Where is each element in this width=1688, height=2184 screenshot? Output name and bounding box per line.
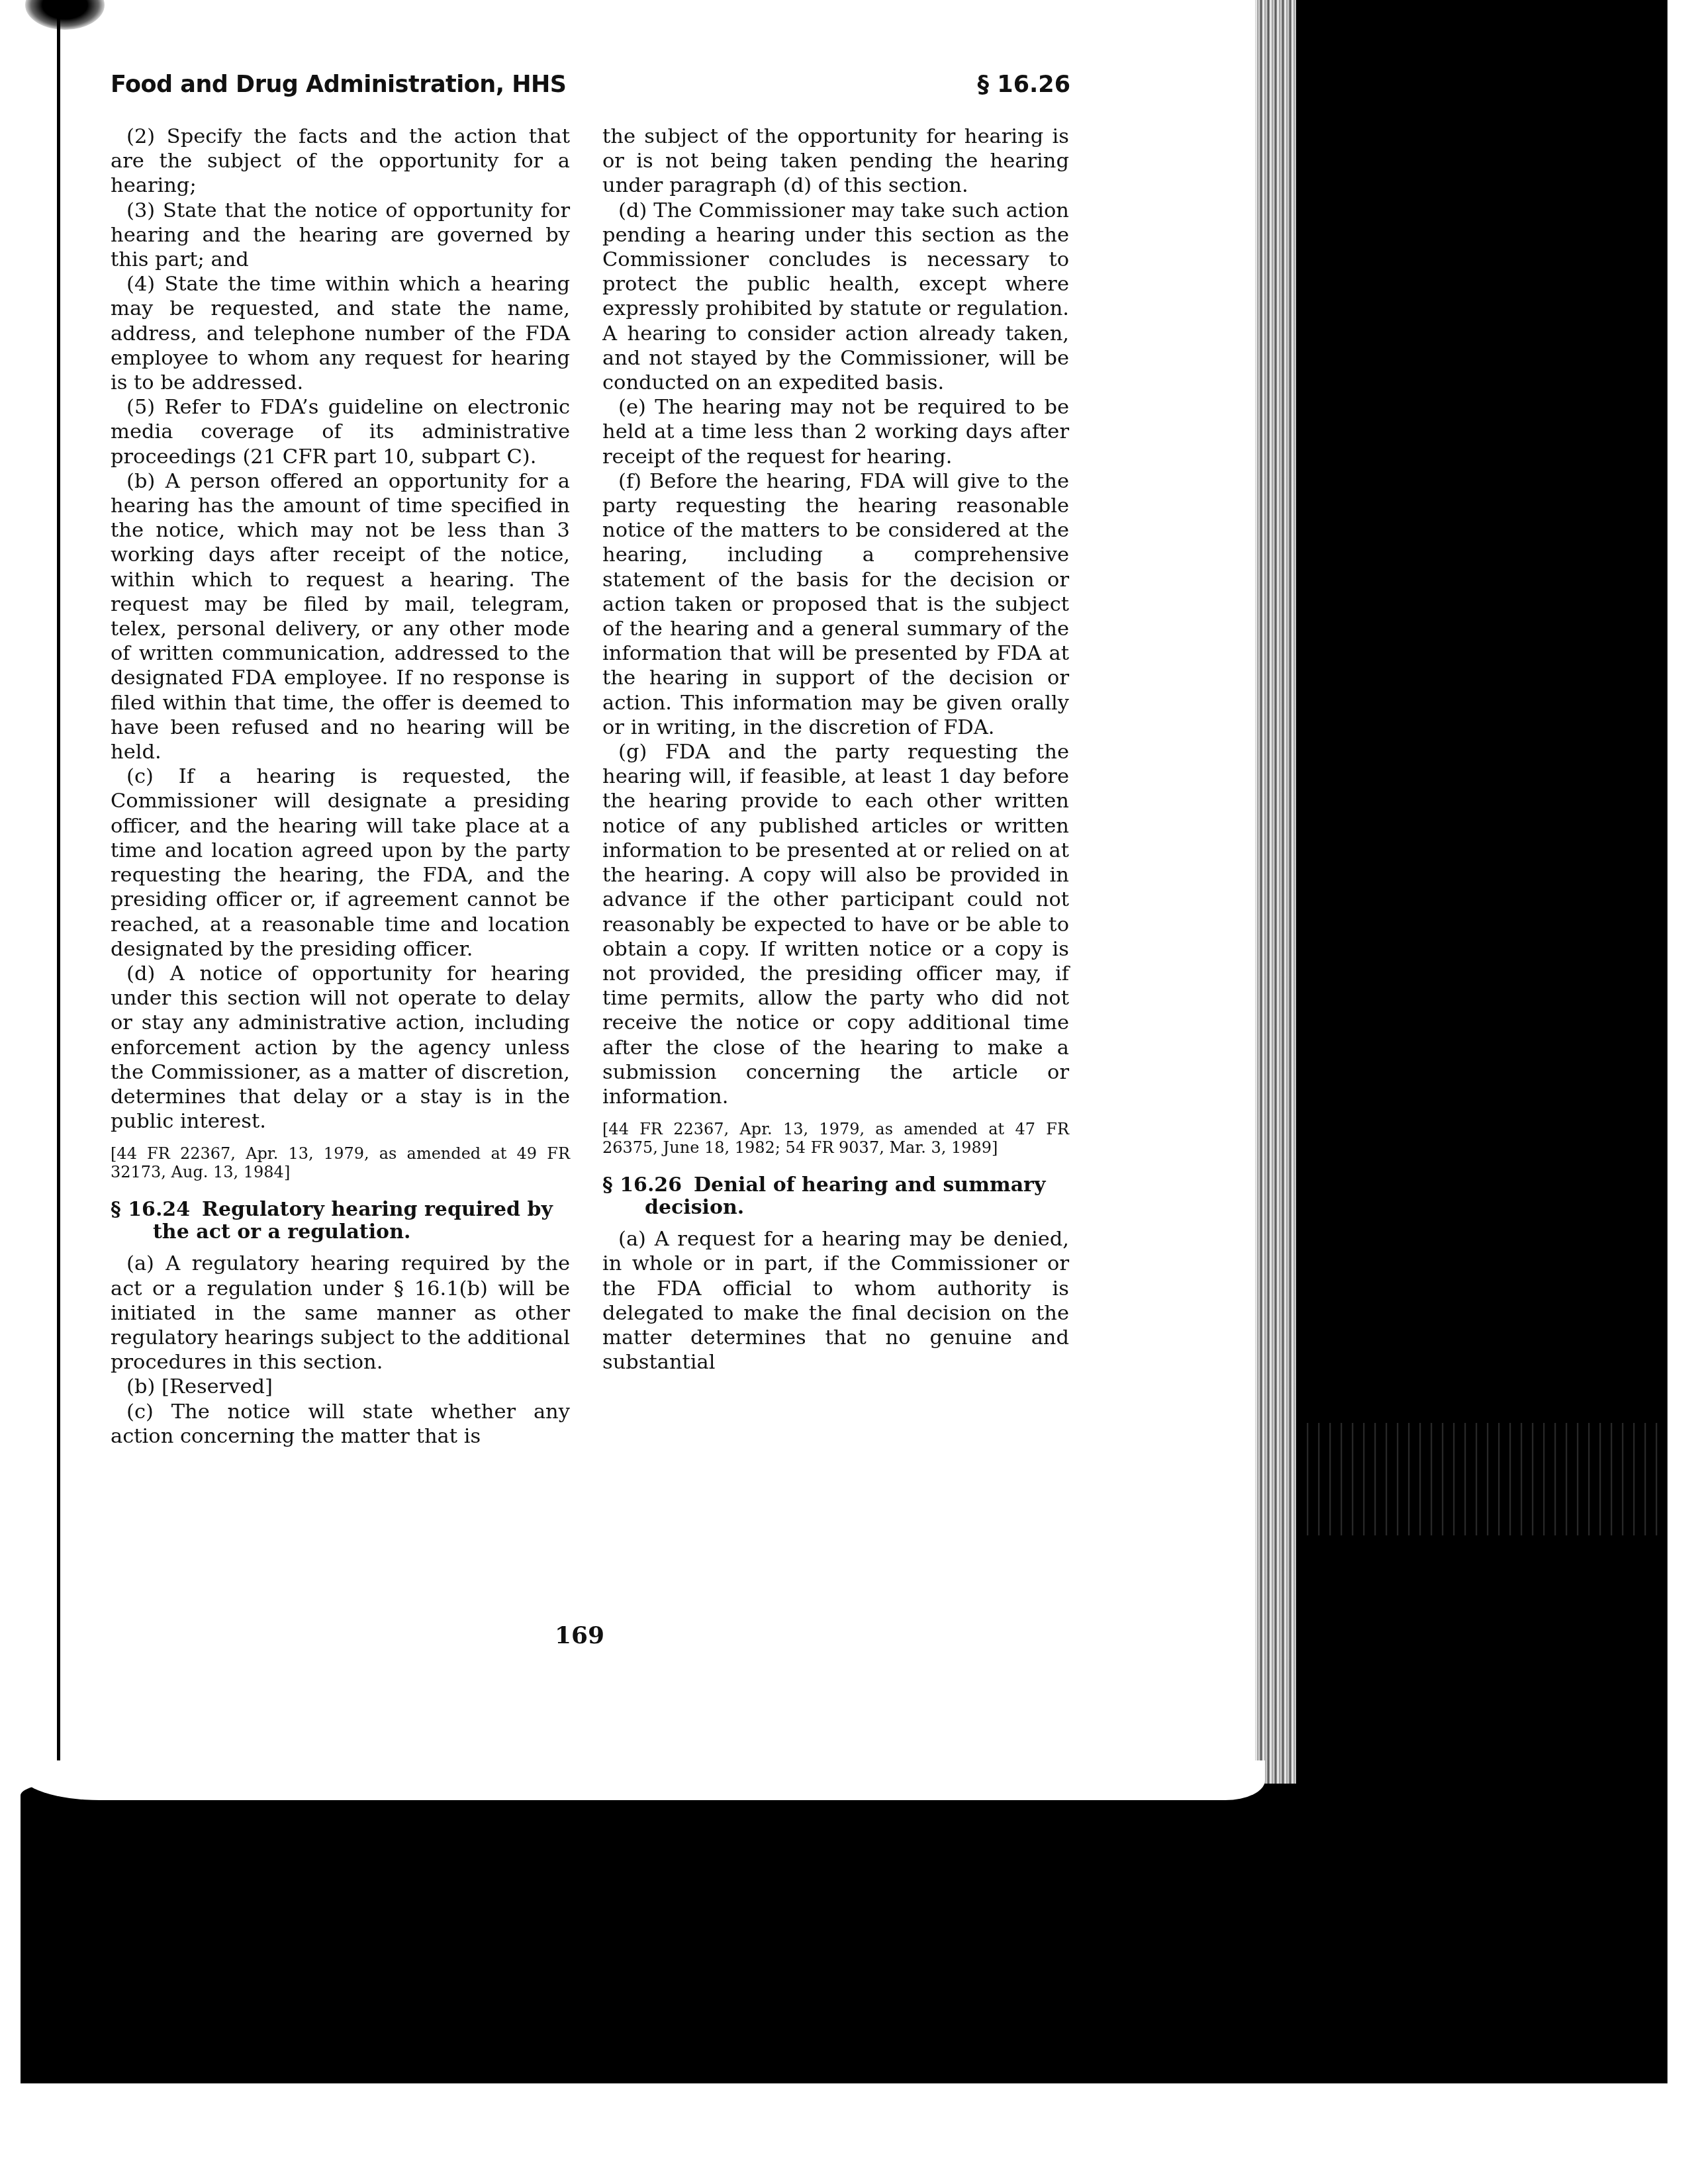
section-number: § 16.26 bbox=[602, 1173, 682, 1197]
right-column: the subject of the opportunity for heari… bbox=[602, 124, 1069, 1375]
scan-edge-line bbox=[57, 0, 60, 1787]
section-title: Regulatory hearing required by the act o… bbox=[153, 1198, 553, 1244]
book-gutter-shadow bbox=[1255, 0, 1297, 1800]
paragraph: (5) Refer to FDA’s guideline on electron… bbox=[111, 395, 570, 469]
paragraph: (b) [Reserved] bbox=[111, 1375, 570, 1399]
paragraph: (a) A regulatory hearing required by the… bbox=[111, 1251, 570, 1375]
scan-noise-band bbox=[1297, 1423, 1665, 1535]
paragraph: (f) Before the hearing, FDA will give to… bbox=[602, 469, 1069, 740]
paragraph: (d) The Commissioner may take such actio… bbox=[602, 199, 1069, 396]
running-header: Food and Drug Administration, HHS § 16.2… bbox=[111, 71, 1070, 105]
section-heading: § 16.26Denial of hearing and summary dec… bbox=[602, 1174, 1069, 1219]
left-column: (2) Specify the facts and the action tha… bbox=[111, 124, 570, 1449]
header-section-number: § 16.26 bbox=[978, 71, 1070, 98]
section-heading: § 16.24Regulatory hearing required by th… bbox=[111, 1199, 570, 1244]
scan-background-right bbox=[1296, 0, 1667, 2083]
citation: [44 FR 22367, Apr. 13, 1979, as amended … bbox=[602, 1120, 1069, 1157]
paragraph: (c) If a hearing is requested, the Commi… bbox=[111, 764, 570, 962]
paragraph: (e) The hearing may not be required to b… bbox=[602, 395, 1069, 469]
paragraph: (2) Specify the facts and the action tha… bbox=[111, 124, 570, 199]
page-bottom-edge bbox=[21, 1760, 1265, 1800]
paragraph: (a) A request for a hearing may be denie… bbox=[602, 1227, 1069, 1375]
paragraph: (4) State the time within which a hearin… bbox=[111, 272, 570, 395]
citation: [44 FR 22367, Apr. 13, 1979, as amended … bbox=[111, 1144, 570, 1181]
section-number: § 16.24 bbox=[111, 1198, 190, 1221]
paragraph: (d) A notice of opportunity for hearing … bbox=[111, 962, 570, 1134]
paragraph: (c) The notice will state whether any ac… bbox=[111, 1400, 570, 1449]
page-number: 169 bbox=[555, 1621, 604, 1649]
paragraph: (g) FDA and the party requesting the hea… bbox=[602, 740, 1069, 1109]
paragraph: (b) A person offered an opportunity for … bbox=[111, 469, 570, 764]
paragraph-continuation: the subject of the opportunity for heari… bbox=[602, 124, 1069, 199]
scan-background-bottom bbox=[21, 1784, 1667, 2083]
paragraph: (3) State that the notice of opportunity… bbox=[111, 199, 570, 273]
header-agency: Food and Drug Administration, HHS bbox=[111, 71, 567, 98]
scan-blotch bbox=[25, 0, 105, 30]
section-title: Denial of hearing and summary decision. bbox=[645, 1173, 1045, 1219]
